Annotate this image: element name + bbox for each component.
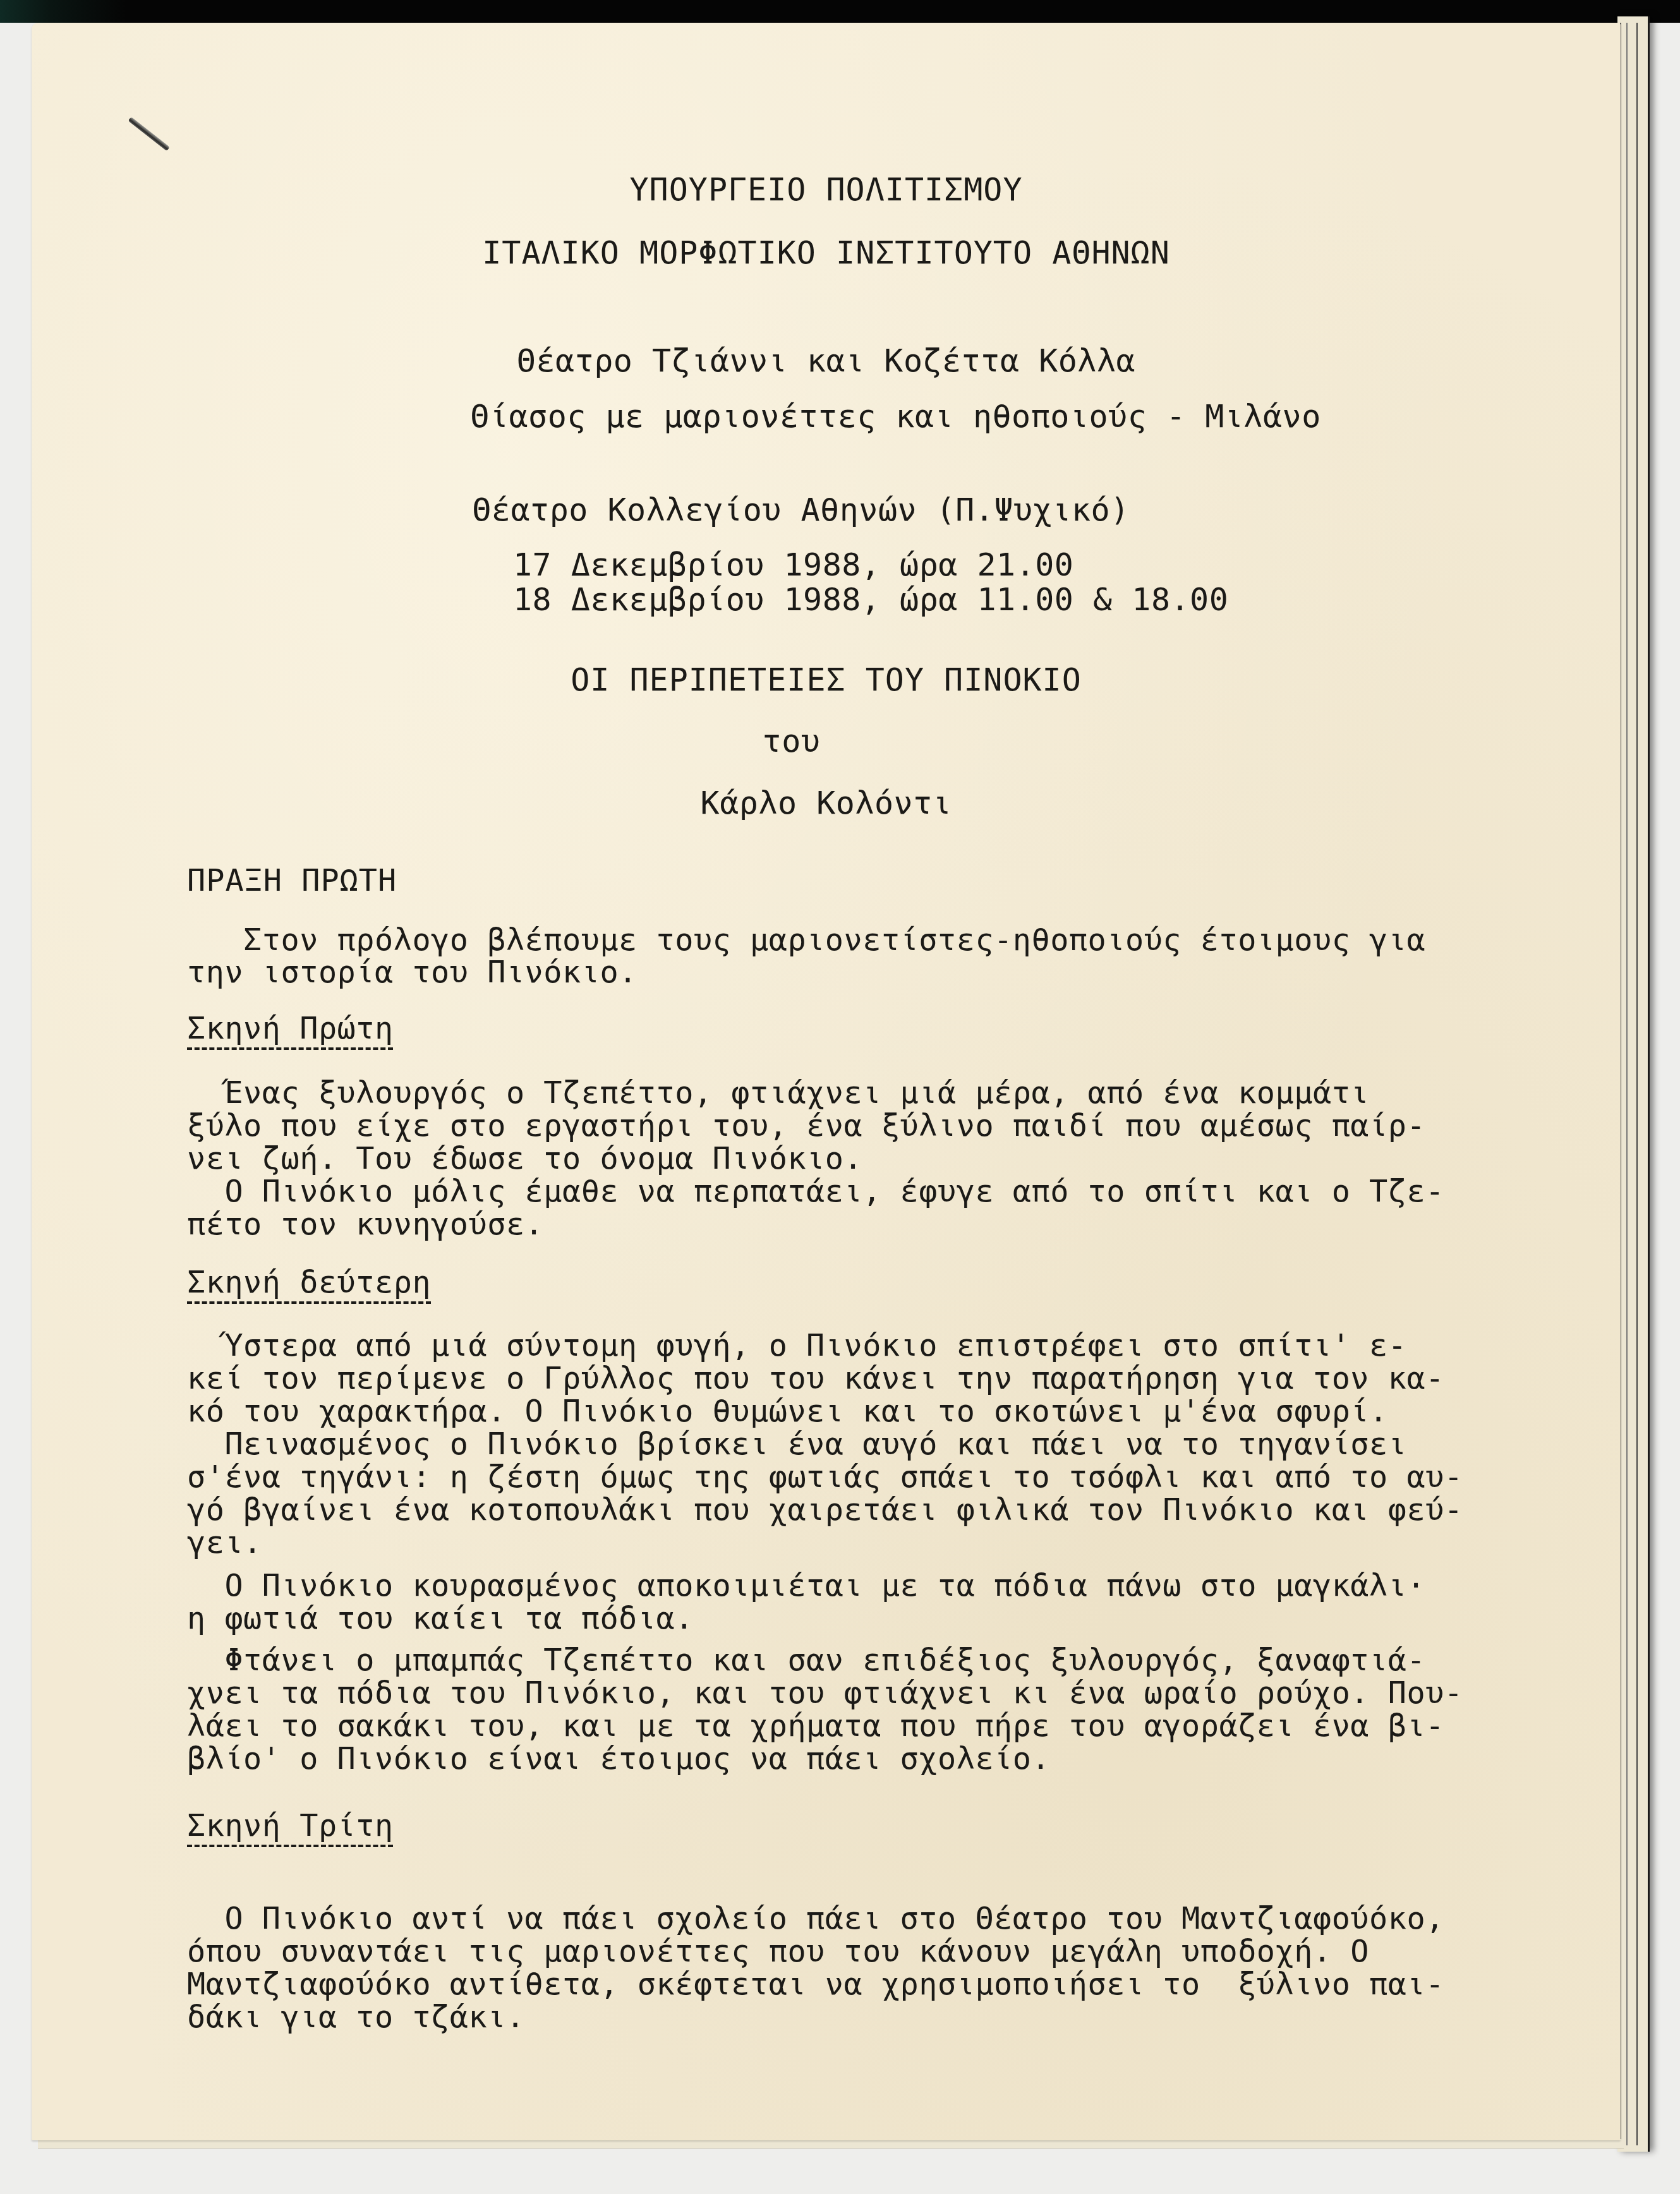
scene-3-line: όπου συναντάει τις μαριονέττες που του κ… bbox=[187, 1936, 1369, 1967]
scene-2-line: Φτάνει ο μπαμπάς Τζεπέττο και σαν επιδέξ… bbox=[187, 1645, 1425, 1676]
play-title: ΟΙ ΠΕΡΙΠΕΤΕΙΕΣ ΤΟΥ ΠΙΝΟΚΙΟ bbox=[32, 664, 1621, 696]
sheet-edge-line bbox=[1626, 23, 1628, 2145]
company-name: Θέατρο Τζιάννι και Κοζέττα Κόλλα bbox=[32, 345, 1621, 377]
scene-2-line: Ο Πινόκιο κουρασμένος αποκοιμιέται με τα… bbox=[187, 1570, 1425, 1601]
scene-2-heading: Σκηνή δεύτερη bbox=[187, 1267, 431, 1298]
prologue-line: την ιστορία του Πινόκιο. bbox=[187, 957, 638, 988]
scene-2-line: γό βγαίνει ένα κοτοπουλάκι που χαιρετάει… bbox=[187, 1495, 1463, 1526]
scene-1-line: πέτο τον κυνηγούσε. bbox=[187, 1209, 543, 1240]
stacked-sheets-edge bbox=[1617, 16, 1650, 2152]
scene-3-line: Ο Πινόκιο αντί να πάει σχολείο πάει στο … bbox=[187, 1903, 1444, 1934]
scene-2-line: κό του χαρακτήρα. Ο Πινόκιο θυμώνει και … bbox=[187, 1396, 1388, 1427]
scene-2-line: λάει το σακάκι του, και με τα χρήματα πο… bbox=[187, 1711, 1444, 1742]
institute-heading: ΙΤΑΛΙΚΟ ΜΟΡΦΩΤΙΚΟ ΙΝΣΤΙΤΟΥΤΟ ΑΘΗΝΩΝ bbox=[32, 237, 1621, 268]
scene-3-line: δάκι για το τζάκι. bbox=[187, 2002, 525, 2033]
prologue-line: Στον πρόλογο βλέπουμε τους μαριονετίστες… bbox=[187, 925, 1425, 956]
company-description: Θίασος με μαριονέττες και ηθοποιούς - Μι… bbox=[101, 401, 1680, 432]
ministry-heading: ΥΠΟΥΡΓΕΙΟ ΠΟΛΙΤΙΣΜΟΥ bbox=[32, 174, 1621, 205]
sheet-edge-line bbox=[1636, 23, 1638, 2145]
scene-3-line: Μαντζιαφούόκο αντίθετα, σκέφτεται να χρη… bbox=[187, 1969, 1444, 2000]
scene-1-line: Ο Πινόκιο μόλις έμαθε να περπατάει, έφυγ… bbox=[187, 1176, 1444, 1207]
scene-1-line: ξύλο που είχε στο εργαστήρι του, ένα ξύλ… bbox=[187, 1111, 1425, 1142]
scene-2-line: χνει τα πόδια του Πινόκιο, και του φτιάχ… bbox=[187, 1678, 1463, 1709]
scene-2-line: Πεινασμένος ο Πινόκιο βρίσκει ένα αυγό κ… bbox=[187, 1429, 1406, 1460]
scene-2-line: γει. bbox=[187, 1528, 262, 1558]
underlying-sheet bbox=[38, 2139, 1624, 2149]
play-author: Κάρλο Κολόντι bbox=[32, 787, 1621, 819]
scene-1-heading: Σκηνή Πρώτη bbox=[187, 1013, 394, 1044]
venue: Θέατρο Κολλεγίου Αθηνών (Π.Ψυχικό) bbox=[6, 494, 1595, 526]
play-by: του bbox=[0, 725, 1586, 757]
document-page: ΥΠΟΥΡΓΕΙΟ ΠΟΛΙΤΙΣΜΟΥ ΙΤΑΛΙΚΟ ΜΟΡΦΩΤΙΚΟ Ι… bbox=[32, 23, 1621, 2140]
scene-1-line: Ένας ξυλουργός ο Τζεπέττο, φτιάχνει μιά … bbox=[187, 1078, 1369, 1109]
scene-2-line: η φωτιά του καίει τα πόδια. bbox=[187, 1603, 694, 1634]
scene-2-line: Ύστερα από μιά σύντομη φυγή, ο Πινόκιο ε… bbox=[187, 1330, 1406, 1361]
scan-background-top bbox=[0, 0, 1680, 23]
scene-1-line: νει ζωή. Του έδωσε το όνομα Πινόκιο. bbox=[187, 1143, 862, 1174]
act-heading: ΠΡΑΞΗ ΠΡΩΤΗ bbox=[187, 865, 397, 896]
scene-3-heading: Σκηνή Τρίτη bbox=[187, 1811, 394, 1841]
performance-date-2: 18 Δεκεμβρίου 1988, ώρα 11.00 & 18.00 bbox=[513, 584, 1228, 615]
performance-date-1: 17 Δεκεμβρίου 1988, ώρα 21.00 bbox=[513, 549, 1073, 581]
staple-icon bbox=[128, 117, 170, 151]
scene-2-line: σ'ένα τηγάνι: η ζέστη όμως της φωτιάς σπ… bbox=[187, 1462, 1463, 1493]
scene-2-line: κεί τον περίμενε ο Γρύλλος που του κάνει… bbox=[187, 1363, 1444, 1394]
scene-2-line: βλίο' ο Πινόκιο είναι έτοιμος να πάει σχ… bbox=[187, 1744, 1050, 1775]
